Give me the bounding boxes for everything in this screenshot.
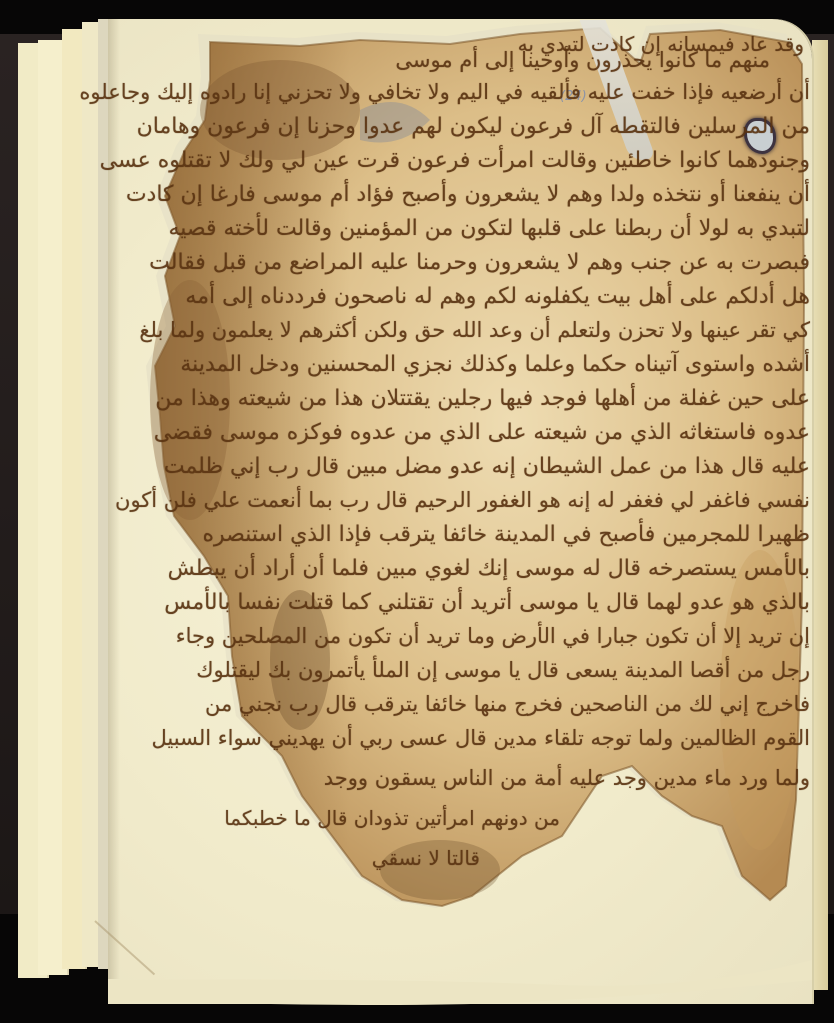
text-line: لتبدي به لولا أن ربطنا على قلبها لتكون م… — [168, 216, 810, 241]
text-line: فبصرت به عن جنب وهم لا يشعرون وحرمنا علي… — [149, 250, 810, 275]
text-line: أشده واستوى آتيناه حكما وعلما وكذلك نجزي… — [180, 352, 810, 377]
text-line: منهم ما كانوا يحذرون وأوحينا إلى أم موسى — [395, 48, 770, 72]
text-line: القوم الظالمين ولما توجه تلقاء مدين قال … — [152, 726, 810, 750]
text-line: وجنودهما كانوا خاطئين وقالت امرأت فرعون … — [100, 148, 810, 173]
text-line: هل أدلكم على أهل بيت يكفلونه لكم وهم له … — [185, 284, 810, 309]
text-line: عليه قال هذا من عمل الشيطان إنه عدو مضل … — [164, 454, 810, 479]
text-line: بالذي هو عدو لهما قال يا موسى أتريد أن ت… — [164, 590, 810, 615]
text-line: نفسي فاغفر لي فغفر له إنه هو الغفور الرح… — [115, 488, 810, 512]
text-line: إن تريد إلا أن تكون جبارا في الأرض وما ت… — [176, 624, 810, 648]
text-line: من المرسلين فالتقطه آل فرعون ليكون لهم ع… — [137, 114, 810, 139]
text-line: بالأمس يستصرخه قال له موسى إنك لغوي مبين… — [168, 556, 810, 581]
text-line: على حين غفلة من أهلها فوجد فيها رجلين يق… — [155, 386, 810, 411]
photo-scene: (24) وقد عاد فيمسانه إن كادت لتبدي به من… — [0, 0, 834, 1023]
text-line: رجل من أقصا المدينة يسعى قال يا موسى إن … — [196, 658, 810, 682]
text-line: عدوه فاستغاثه الذي من شيعته على الذي من … — [154, 420, 810, 445]
text-line: فاخرج إني لك من الناصحين فخرج منها خائفا… — [205, 692, 810, 716]
text-line: أن ينفعنا أو نتخذه ولدا وهم لا يشعرون وأ… — [126, 182, 810, 207]
text-line: قالتا لا نسقي — [372, 846, 480, 870]
text-line: كي تقر عينها ولا تحزن ولتعلم أن وعد الله… — [139, 318, 810, 342]
text-line: أن أرضعيه فإذا خفت عليه فألقيه في اليم و… — [79, 80, 810, 104]
text-line: ظهيرا للمجرمين فأصبح في المدينة خائفا يت… — [203, 522, 810, 547]
text-line: من دونهم امرأتين تذودان قال ما خطبكما — [224, 806, 560, 830]
text-line: ولما ورد ماء مدين وجد عليه أمة من الناس … — [324, 766, 810, 790]
